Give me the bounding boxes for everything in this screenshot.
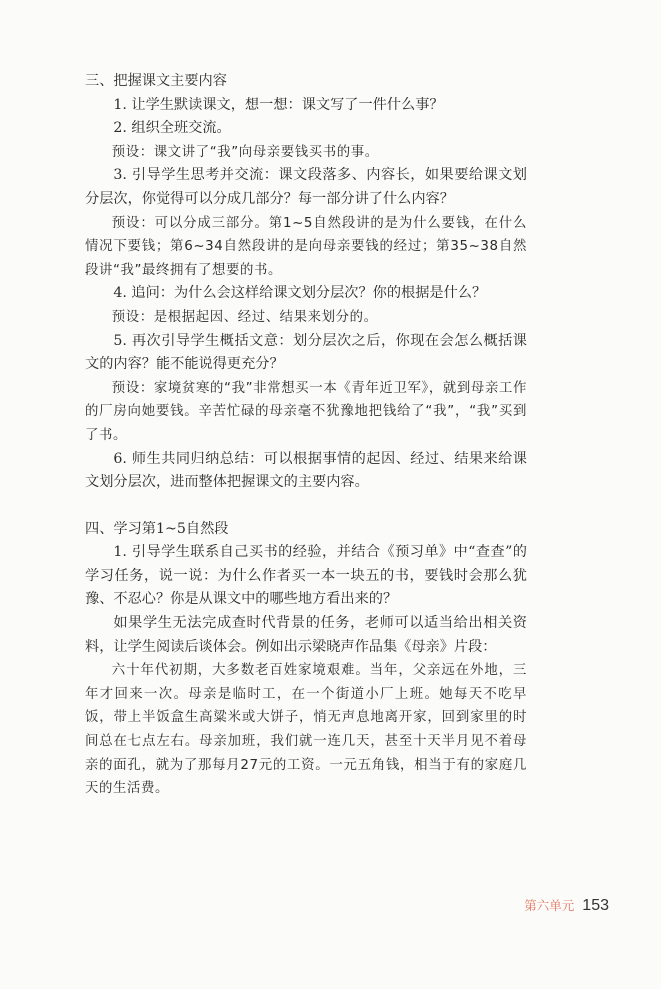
paragraph-item: 如果学生无法完成查时代背景的任务，老师可以适当给出相关资料，让学生阅读后谈体会。… <box>85 612 527 659</box>
paragraph-item: 3. 引导学生思考并交流：课文段落多、内容长，如果要给课文划分层次，你觉得可以分… <box>85 164 527 211</box>
section-heading: 三、把握课文主要内容 <box>85 70 527 94</box>
paragraph-item: 6. 师生共同归纳总结：可以根据事情的起因、经过、结果来给课文划分层次，进而整体… <box>85 448 527 495</box>
paragraph-preset: 预设：家境贫寒的“我”非常想买一本《青年近卫军》，就到母亲工作的厂房向她要钱。辛… <box>85 377 527 448</box>
paragraph-preset: 预设：可以分成三部分。第1~5自然段讲的是为什么要钱，在什么情况下要钱；第6~3… <box>85 212 527 283</box>
section-gap <box>85 495 527 518</box>
paragraph-preset: 预设：是根据起因、经过、结果来划分的。 <box>85 306 527 330</box>
excerpt-quote: 六十年代初期，大多数老百姓家境艰难。当年，父亲远在外地，三年才回来一次。母亲是临… <box>85 659 527 801</box>
paragraph-preset: 预设：课文讲了“我”向母亲要钱买书的事。 <box>85 141 527 165</box>
paragraph-item: 1. 让学生默读课文，想一想：课文写了一件什么事？ <box>85 94 527 118</box>
page-body: 三、把握课文主要内容 1. 让学生默读课文，想一想：课文写了一件什么事？ 2. … <box>85 70 527 801</box>
paragraph-item: 5. 再次引导学生概括文意：划分层次之后，你现在会怎么概括课文的内容？能不能说得… <box>85 330 527 377</box>
page-footer: 第六单元 153 <box>524 896 609 915</box>
paragraph-item: 4. 追问：为什么会这样给课文划分层次？你的根据是什么？ <box>85 282 527 306</box>
paragraph-item: 1. 引导学生联系自己买书的经验，并结合《预习单》中“查查”的学习任务，说一说：… <box>85 541 527 612</box>
section-heading: 四、学习第1~5自然段 <box>85 518 527 542</box>
page-number: 153 <box>582 897 609 915</box>
unit-label: 第六单元 <box>524 896 574 914</box>
paragraph-item: 2. 组织全班交流。 <box>85 117 527 141</box>
